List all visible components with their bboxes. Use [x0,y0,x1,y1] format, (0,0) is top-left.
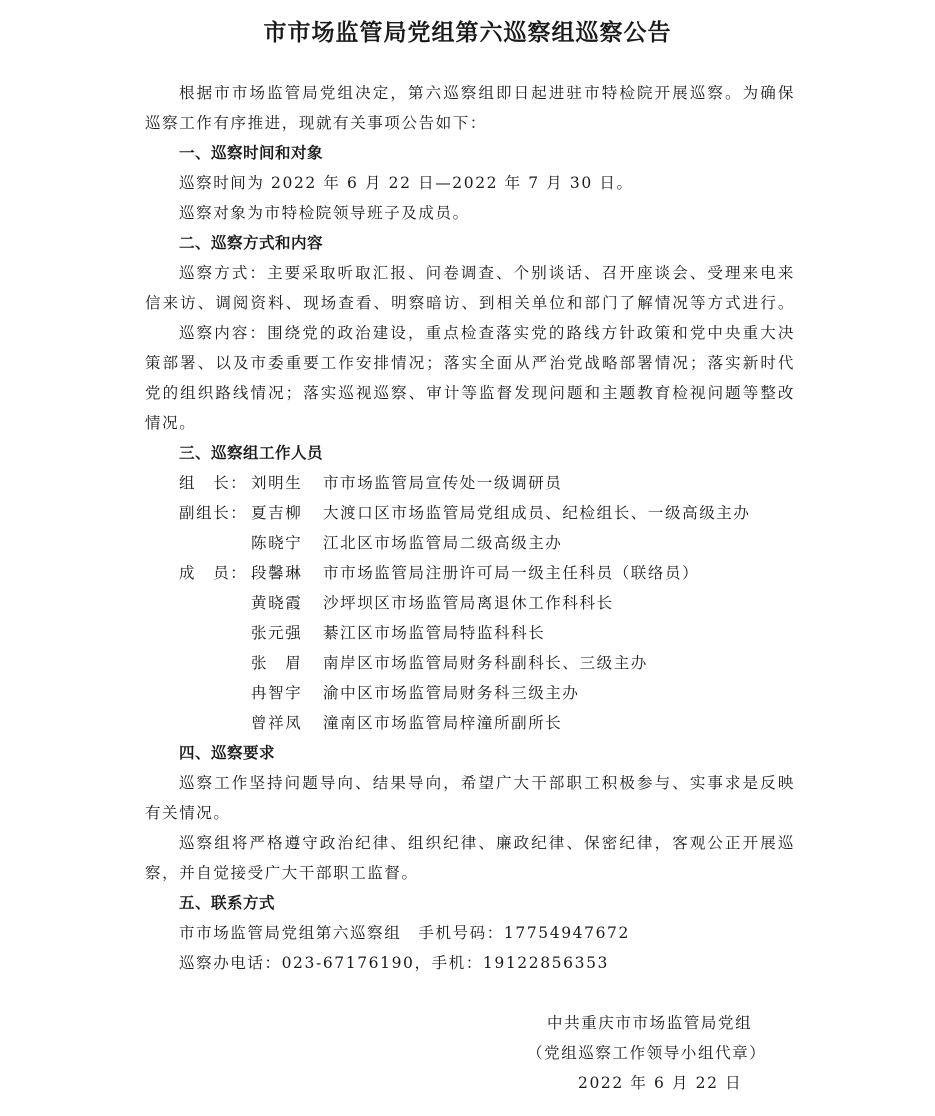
section-2-line-1: 巡察方式：主要采取听取汇报、问卷调查、个别谈话、召开座谈会、受理来电来 [179,262,795,284]
section-2-line-6: 情况。 [145,412,795,434]
staff-row: 副组长：夏吉柳大渡口区市场监管局党组成员、纪检组长、一级高级主办 [179,502,751,524]
staff-name: 冉智宇 [251,682,323,704]
section-4-line-4: 察，并自觉接受广大干部职工监督。 [145,862,795,884]
section-2-line-2: 信来访、调阅资料、现场查看、明察暗访、到相关单位和部门了解情况等方式进行。 [145,292,795,314]
signature-org: 中共重庆市市场监管局党组 [547,1012,752,1034]
staff-name: 张元强 [251,622,323,644]
section-4-line-1: 巡察工作坚持问题导向、结果导向，希望广大干部职工积极参与、实事求是反映 [179,772,795,794]
signature-date: 2022 年 6 月 22 日 [578,1072,742,1094]
intro-line-2: 巡察工作有序推进，现就有关事项公告如下： [145,112,795,134]
section-4-heading: 四、巡察要求 [179,742,829,764]
section-2-line-3: 巡察内容：围绕党的政治建设，重点检查落实党的路线方针政策和党中央重大决 [179,322,795,344]
staff-row: 曾祥凤潼南区市场监管局梓潼所副所长 [179,712,562,734]
staff-row: 黄晓霞沙坪坝区市场监管局离退休工作科科长 [179,592,614,614]
staff-position: 渝中区市场监管局财务科三级主办 [323,684,580,702]
staff-position: 潼南区市场监管局梓潼所副所长 [323,714,562,732]
staff-position: 南岸区市场监管局财务科副科长、三级主办 [323,654,648,672]
section-5-heading: 五、联系方式 [179,892,829,914]
staff-role: 组 长： [179,472,251,494]
staff-row: 陈晓宁江北区市场监管局二级高级主办 [179,532,562,554]
section-4-line-2: 有关情况。 [145,802,795,824]
staff-row: 组 长：刘明生市市场监管局宣传处一级调研员 [179,472,562,494]
staff-position: 大渡口区市场监管局党组成员、纪检组长、一级高级主办 [323,504,751,522]
section-2-line-5: 党的组织路线情况；落实巡视巡察、审计等监督发现问题和主题教育检视问题等整改 [145,382,795,404]
staff-name: 张 眉 [251,652,323,674]
staff-name: 黄晓霞 [251,592,323,614]
section-2-heading: 二、巡察方式和内容 [179,232,829,254]
contact-office-phone: 巡察办电话：023-67176190，手机：19122856353 [179,952,829,974]
staff-name: 刘明生 [251,472,323,494]
section-4-line-3: 巡察组将严格遵守政治纪律、组织纪律、廉政纪律、保密纪律，客观公正开展巡 [179,832,795,854]
staff-position: 沙坪坝区市场监管局离退休工作科科长 [323,594,614,612]
section-1-time: 巡察时间为 2022 年 6 月 22 日—2022 年 7 月 30 日。 [179,172,829,194]
staff-position: 市市场监管局宣传处一级调研员 [323,474,562,492]
staff-row: 冉智宇渝中区市场监管局财务科三级主办 [179,682,580,704]
staff-name: 段馨琳 [251,562,323,584]
staff-name: 陈晓宁 [251,532,323,554]
section-1-heading: 一、巡察时间和对象 [179,142,829,164]
section-2-line-4: 策部署、以及市委重要工作安排情况；落实全面从严治党战略部署情况；落实新时代 [145,352,795,374]
section-1-target: 巡察对象为市特检院领导班子及成员。 [179,202,829,224]
staff-row: 张元强綦江区市场监管局特监科科长 [179,622,545,644]
staff-role: 成 员： [179,562,251,584]
staff-position: 綦江区市场监管局特监科科长 [323,624,545,642]
staff-name: 夏吉柳 [251,502,323,524]
contact-mobile: 市市场监管局党组第六巡察组 手机号码：17754947672 [179,922,829,944]
intro-line-1: 根据市市场监管局党组决定，第六巡察组即日起进驻市特检院开展巡察。为确保 [179,82,795,104]
document-title: 市市场监管局党组第六巡察组巡察公告 [0,14,935,47]
staff-row: 成 员：段馨琳市市场监管局注册许可局一级主任科员（联络员） [179,562,699,584]
section-3-heading: 三、巡察组工作人员 [179,442,829,464]
staff-row: 张 眉南岸区市场监管局财务科副科长、三级主办 [179,652,648,674]
staff-name: 曾祥凤 [251,712,323,734]
staff-position: 江北区市场监管局二级高级主办 [323,534,562,552]
staff-position: 市市场监管局注册许可局一级主任科员（联络员） [323,564,699,582]
staff-role: 副组长： [179,502,251,524]
signature-seal-note: （党组巡察工作领导小组代章） [527,1042,766,1064]
